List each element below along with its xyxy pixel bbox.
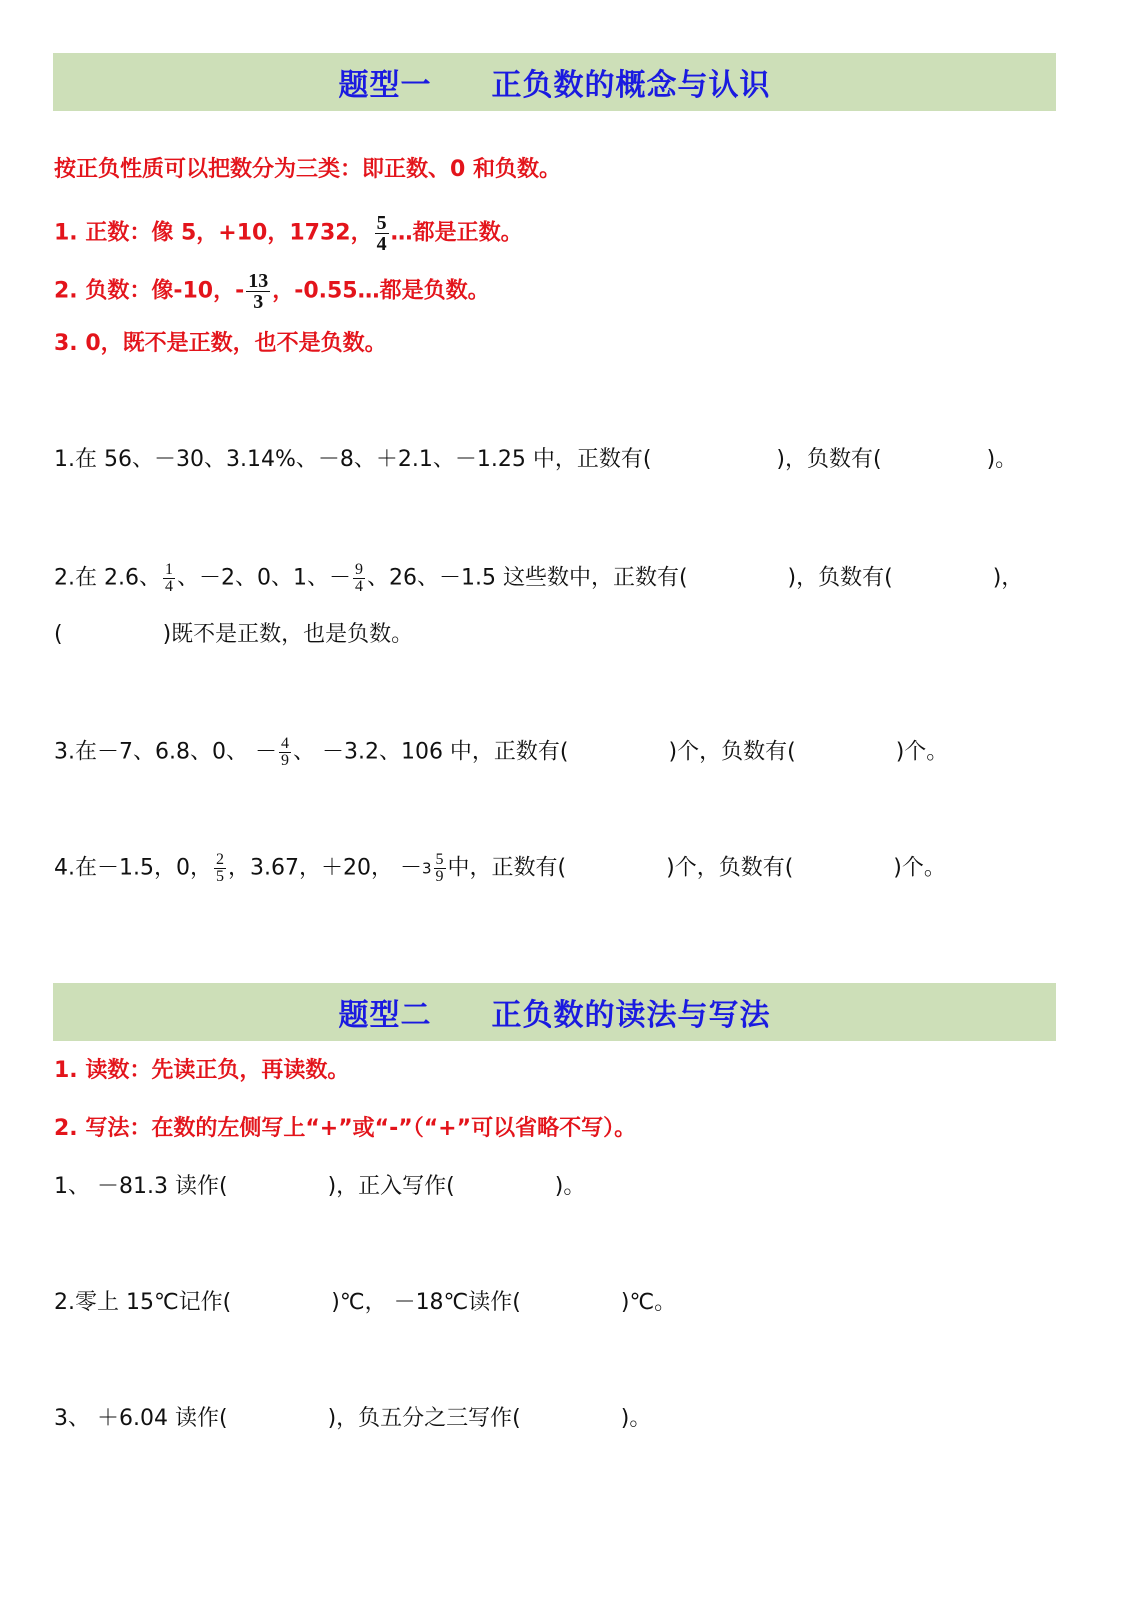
question-text: )个。	[893, 856, 946, 881]
question-4: 4.在－1.5，0，25，3.67，＋20， －359中，正数有()个，负数有(…	[54, 852, 946, 885]
question-text: )。	[621, 1406, 652, 1431]
rule-text: ，-0.55…都是负数。	[272, 279, 489, 304]
rule-positive: 1. 正数：像 5，+10，1732，54…都是正数。	[54, 213, 523, 254]
rule-zero: 3. 0，既不是正数，也不是负数。	[54, 329, 387, 359]
question-2-2: 2.零上 15℃记作()℃， －18℃读作()℃。	[54, 1288, 676, 1318]
rule-text: 1. 正数：像 5，+10，1732，	[54, 221, 373, 246]
question-text: )个。	[896, 740, 949, 765]
section-title-2: 题型二正负数的读法与写法	[339, 990, 771, 1034]
fraction: 25	[214, 852, 226, 885]
section-banner-2: 题型二正负数的读法与写法	[53, 983, 1056, 1041]
question-text: )，负五分之三写作(	[328, 1406, 521, 1431]
question-text: )个，负数有(	[666, 856, 793, 881]
denominator: 4	[163, 579, 175, 595]
denominator: 9	[279, 753, 291, 769]
question-text: 2.在 2.6、	[54, 566, 161, 591]
title-label: 题型二	[339, 998, 432, 1033]
fraction: 94	[353, 562, 365, 595]
question-text: )，	[993, 566, 1024, 591]
rule-negative: 2. 负数：像-10，-133，-0.55…都是负数。	[54, 271, 490, 312]
rule-text: …都是正数。	[391, 221, 523, 246]
question-text: )既不是正数，也是负数。	[163, 622, 414, 647]
question-text: 3.在－7、6.8、0、 －	[54, 740, 277, 765]
intro-text: 按正负性质可以把数分为三类：即正数、0 和负数。	[54, 155, 561, 185]
question-text: 4.在－1.5，0，	[54, 856, 212, 881]
fraction: 133	[246, 271, 270, 312]
question-text: )，负数有(	[776, 447, 881, 472]
section-title-1: 题型一正负数的概念与认识	[339, 60, 771, 104]
numerator: 9	[353, 562, 365, 579]
fraction: 54	[375, 213, 389, 254]
question-2-3: 3、 ＋6.04 读作()，负五分之三写作()。	[54, 1404, 651, 1434]
fraction: 49	[279, 736, 291, 769]
question-text: )。	[987, 447, 1018, 472]
question-text: 中，正数有(	[448, 856, 567, 881]
question-text: )。	[555, 1174, 586, 1199]
question-text: 、－2、0、1、－	[177, 566, 351, 591]
question-text: (	[54, 622, 63, 647]
question-text: )℃， －18℃读作(	[331, 1290, 521, 1315]
fraction: 59	[434, 852, 446, 885]
numerator: 1	[163, 562, 175, 579]
numerator: 4	[279, 736, 291, 753]
title-label: 题型一	[339, 68, 432, 103]
numerator: 5	[434, 852, 446, 869]
rule-text: 2. 负数：像-10，-	[54, 279, 244, 304]
question-text: )个，负数有(	[669, 740, 796, 765]
denominator: 9	[434, 869, 446, 885]
question-text: 3、 ＋6.04 读作(	[54, 1406, 228, 1431]
title-topic: 正负数的概念与认识	[492, 68, 771, 103]
section-banner-1: 题型一正负数的概念与认识	[53, 53, 1056, 111]
question-2-line-2: ()既不是正数，也是负数。	[54, 620, 413, 650]
numerator: 2	[214, 852, 226, 869]
question-text: 1.在 56、－30、3.14%、－8、＋2.1、－1.25 中，正数有(	[54, 447, 651, 472]
denominator: 4	[375, 234, 389, 254]
rule-writing: 2. 写法：在数的左侧写上“+”或“-”（“+”可以省略不写）。	[54, 1114, 636, 1144]
question-2: 2.在 2.6、14、－2、0、1、－94、26、－1.5 这些数中，正数有()…	[54, 562, 1023, 595]
question-text: )，负数有(	[788, 566, 893, 591]
question-text: 、 －3.2、106 中，正数有(	[293, 740, 569, 765]
title-topic: 正负数的读法与写法	[492, 998, 771, 1033]
denominator: 3	[251, 292, 265, 312]
numerator: 13	[246, 271, 270, 292]
question-text: )℃。	[621, 1290, 676, 1315]
rule-reading: 1. 读数：先读正负，再读数。	[54, 1056, 349, 1086]
question-text: )，正入写作(	[328, 1174, 455, 1199]
question-1: 1.在 56、－30、3.14%、－8、＋2.1、－1.25 中，正数有()，负…	[54, 445, 1017, 475]
fraction: 14	[163, 562, 175, 595]
denominator: 4	[353, 579, 365, 595]
question-text: 1、 －81.3 读作(	[54, 1174, 228, 1199]
question-text: 2.零上 15℃记作(	[54, 1290, 231, 1315]
numerator: 5	[375, 213, 389, 234]
question-text: ，3.67，＋20， －	[228, 856, 422, 881]
question-3: 3.在－7、6.8、0、 －49、 －3.2、106 中，正数有()个，负数有(…	[54, 736, 948, 769]
denominator: 5	[214, 869, 226, 885]
question-2-1: 1、 －81.3 读作()，正入写作()。	[54, 1172, 585, 1202]
question-text: 、26、－1.5 这些数中，正数有(	[367, 566, 688, 591]
mixed-number-whole: 3	[422, 860, 432, 878]
